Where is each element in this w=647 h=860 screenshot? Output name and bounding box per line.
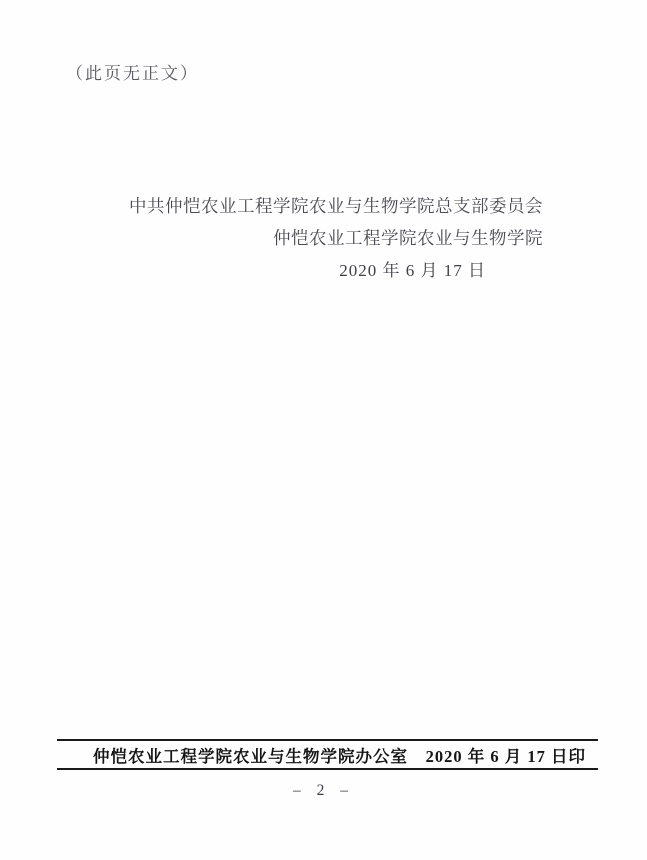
signature-org-line2: 仲恺农业工程学院农业与生物学院 xyxy=(273,222,543,254)
footer-print-date: 2020 年 6 月 17 日印 xyxy=(426,743,586,767)
signature-org-line1: 中共仲恺农业工程学院农业与生物学院总支部委员会 xyxy=(129,190,543,222)
no-body-text-notice: （此页无正文） xyxy=(66,59,199,84)
footer-issuer-office: 仲恺农业工程学院农业与生物学院办公室 xyxy=(93,743,408,767)
signature-date: 2020 年 6 月 17 日 xyxy=(339,254,486,288)
signature-block: 中共仲恺农业工程学院农业与生物学院总支部委员会 仲恺农业工程学院农业与生物学院 … xyxy=(129,190,543,288)
footer-imprint-bar: 仲恺农业工程学院农业与生物学院办公室 2020 年 6 月 17 日印 xyxy=(57,739,598,770)
page-number: – 2 – xyxy=(0,782,647,800)
document-page: （此页无正文） 中共仲恺农业工程学院农业与生物学院总支部委员会 仲恺农业工程学院… xyxy=(0,0,647,860)
